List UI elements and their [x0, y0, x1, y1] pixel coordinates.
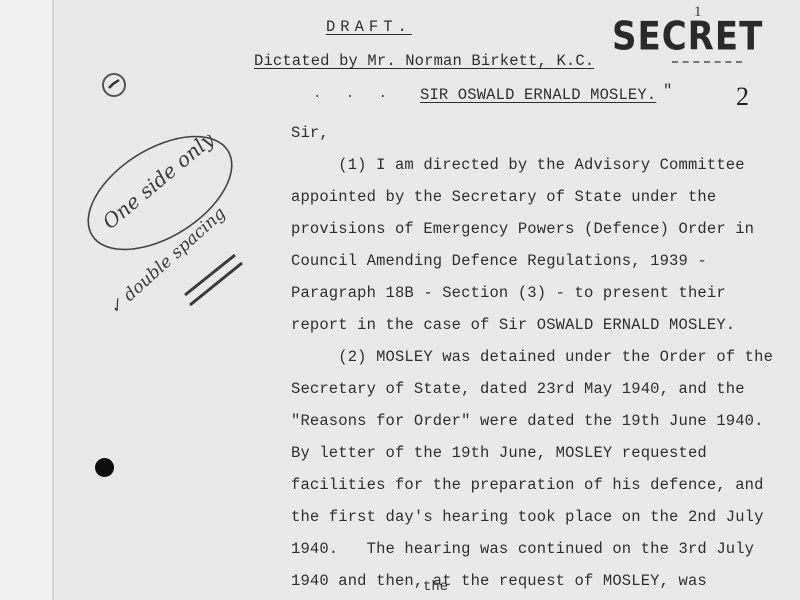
- stamp-superscript: 1: [694, 4, 702, 21]
- punch-hole: [95, 458, 114, 477]
- stamp-underline: [672, 61, 742, 63]
- handwritten-annotation: One side only ✓ double spacing: [70, 135, 270, 320]
- subject-line: SIR OSWALD ERNALD MOSLEY.: [420, 86, 656, 104]
- scan-margin: [0, 0, 52, 600]
- page-number: 2: [736, 82, 749, 112]
- dictated-by-line: Dictated by Mr. Norman Birkett, K.C.: [254, 52, 594, 70]
- body-line: Secretary of State, dated 23rd May 1940,…: [291, 380, 745, 398]
- body-line: Council Amending Defence Regulations, 19…: [291, 252, 707, 270]
- body-line: By letter of the 19th June, MOSLEY reque…: [291, 444, 707, 462]
- body-line: appointed by the Secretary of State unde…: [291, 188, 716, 206]
- body-line: 1940 and then, at the request of MOSLEY,…: [291, 572, 707, 590]
- body-line: provisions of Emergency Powers (Defence)…: [291, 220, 754, 238]
- body-line: (2) MOSLEY was detained under the Order …: [291, 348, 773, 366]
- body-line: facilities for the preparation of his de…: [291, 476, 764, 494]
- body-line: Paragraph 18B - Section (3) - to present…: [291, 284, 726, 302]
- salutation: Sir,: [291, 124, 329, 142]
- body-line: (1) I am directed by the Advisory Commit…: [291, 156, 745, 174]
- leader-dots: . . .: [313, 86, 395, 102]
- body-line: 1940. The hearing was continued on the 3…: [291, 540, 754, 558]
- draft-label: DRAFT.: [326, 18, 412, 36]
- subject-quote-mark: ": [663, 82, 672, 100]
- body-line: the first day's hearing took place on th…: [291, 508, 764, 526]
- secret-stamp: SECRET: [612, 14, 763, 60]
- body-line: report in the case of Sir OSWALD ERNALD …: [291, 316, 735, 334]
- circled-tick-icon: [100, 71, 128, 99]
- interlinear-insert: the: [423, 579, 448, 595]
- body-line: "Reasons for Order" were dated the 19th …: [291, 412, 764, 430]
